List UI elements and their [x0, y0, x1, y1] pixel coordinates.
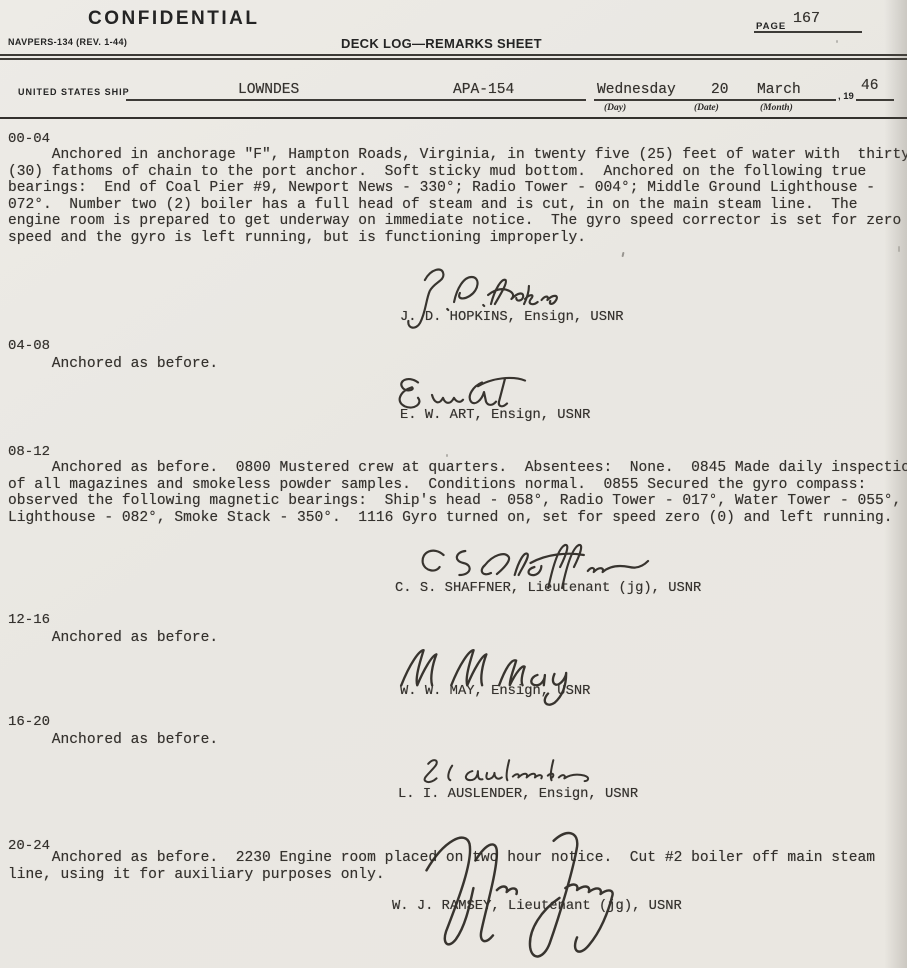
classification-stamp: CONFIDENTIAL: [88, 8, 259, 30]
ink-speck: [622, 252, 625, 257]
signed-name-may: W. W. MAY, Ensign, USNR: [400, 684, 590, 699]
header-rule-bottom: [0, 117, 907, 119]
ship-name-underline: [126, 99, 586, 101]
ink-speck: [446, 454, 448, 457]
watch-label-1620: 16-20: [8, 714, 50, 730]
log-date: 20: [711, 82, 729, 98]
header-rule-top-2: [0, 58, 907, 60]
signed-name-auslender: L. I. AUSLENDER, Ensign, USNR: [398, 787, 638, 802]
date-underline: [594, 99, 836, 101]
year-underline: [856, 99, 894, 101]
log-entry-2024: Anchored as before. 2230 Engine room pla…: [8, 850, 875, 883]
deck-log-remarks-sheet: CONFIDENTIAL PAGE 167 NAVPERS-134 (REV. …: [0, 0, 907, 968]
watch-label-1216: 12-16: [8, 612, 50, 628]
log-year: 46: [861, 78, 879, 94]
ink-speck: [898, 246, 900, 252]
log-entry-1620: Anchored as before.: [8, 732, 218, 749]
header-rule-top: [0, 54, 907, 56]
ship-label: UNITED STATES SHIP: [18, 87, 130, 97]
date-caption: (Date): [694, 103, 719, 113]
form-title: DECK LOG—REMARKS SHEET: [341, 36, 542, 51]
handwritten-signature-ramsey: [360, 826, 668, 964]
signed-name-hopkins: J. D. HOPKINS, Ensign, USNR: [400, 310, 624, 325]
log-entry-1216: Anchored as before.: [8, 630, 218, 647]
page-number-underline: [754, 31, 862, 33]
handwritten-signature-auslender: [408, 752, 603, 792]
watch-label-0812: 08-12: [8, 444, 50, 460]
month-caption: (Month): [760, 103, 793, 113]
signed-name-shaffner: C. S. SHAFFNER, Lieutenant (jg), USNR: [395, 581, 701, 596]
ship-name: LOWNDES: [238, 82, 299, 98]
log-month: March: [757, 82, 801, 98]
year-prefix: , 19: [838, 91, 854, 102]
hull-number: APA-154: [453, 82, 514, 98]
log-entry-0812: Anchored as before. 0800 Mustered crew a…: [8, 460, 907, 526]
signed-name-ramsey: W. J. RAMSEY, Lieutenant (jg), USNR: [392, 899, 682, 914]
log-day: Wednesday: [597, 82, 676, 98]
form-number: NAVPERS-134 (REV. 1-44): [8, 37, 127, 47]
watch-label-0004: 00-04: [8, 131, 50, 147]
log-entry-0408: Anchored as before.: [8, 356, 218, 373]
page-number: 167: [793, 10, 820, 27]
log-entry-0004: Anchored in anchorage "F", Hampton Roads…: [8, 147, 907, 247]
ink-speck: [836, 40, 838, 43]
day-caption: (Day): [604, 103, 626, 113]
signed-name-art: E. W. ART, Ensign, USNR: [400, 408, 590, 423]
watch-label-0408: 04-08: [8, 338, 50, 354]
